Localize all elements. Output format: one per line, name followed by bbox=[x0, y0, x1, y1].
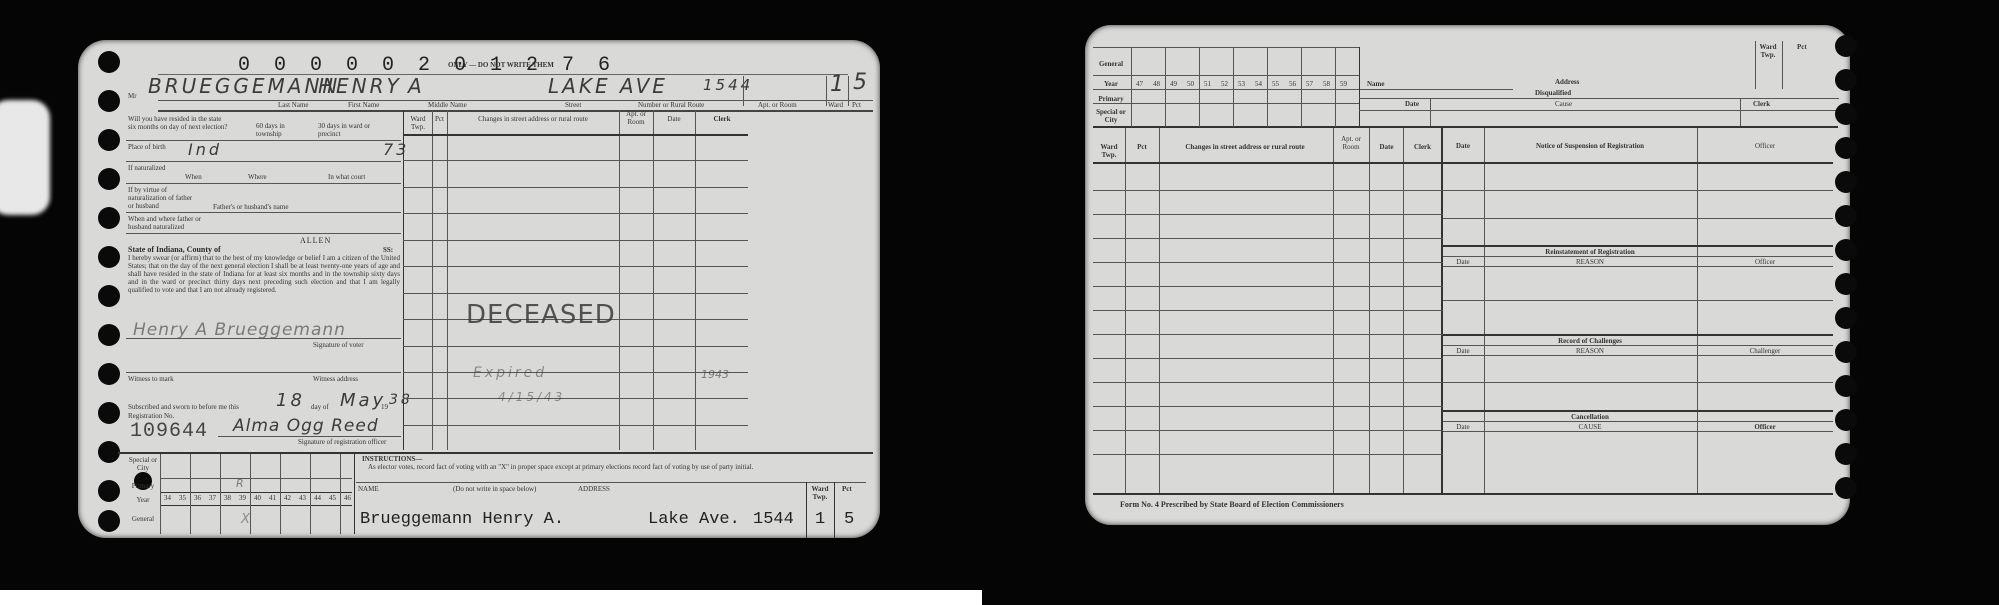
pct-label: Pct bbox=[1797, 43, 1807, 51]
reinstatement-officer-header: Officer bbox=[1700, 258, 1830, 266]
year-46: 46 bbox=[340, 494, 355, 502]
cause-label: Cause bbox=[1555, 100, 1572, 108]
cancellation-date-header: Date bbox=[1443, 423, 1483, 431]
typed-pct: 5 bbox=[844, 510, 854, 529]
header-note: ONLY — DO NOT WRITE THEM bbox=[448, 61, 554, 69]
place-of-birth-value: Ind bbox=[188, 140, 222, 159]
year-36: 36 bbox=[190, 494, 205, 502]
county-heading: State of Indiana, County of bbox=[128, 245, 221, 254]
label-number: Number or Rural Route bbox=[638, 101, 704, 109]
registration-number: 109644 bbox=[130, 420, 208, 443]
name-label: Name bbox=[1367, 80, 1385, 88]
middle-name-value: A bbox=[408, 74, 425, 98]
father-naturalized-label: When and where father or husband natural… bbox=[128, 215, 218, 231]
col-pct: Pct bbox=[1127, 143, 1157, 151]
year-53: 53 bbox=[1233, 80, 1250, 88]
salutation: Mr bbox=[128, 92, 137, 100]
subscribed-label: Subscribed and sworn to before me this bbox=[128, 403, 239, 411]
ward-value: 1 bbox=[830, 72, 847, 97]
year-34: 34 bbox=[160, 494, 175, 502]
cancellation-officer-header: Officer bbox=[1700, 423, 1830, 431]
col-date: Date bbox=[655, 115, 693, 123]
cancellation-title: Cancellation bbox=[1485, 413, 1695, 421]
year-49: 49 bbox=[1165, 80, 1182, 88]
handwritten-year: 1943 bbox=[701, 368, 729, 381]
instr-name-label: NAME bbox=[358, 485, 379, 493]
residence-state-question: Will you have resided in the state six m… bbox=[128, 115, 228, 131]
col-changes: Changes in street address or rural route bbox=[1160, 143, 1330, 151]
suspension-date-header: Date bbox=[1443, 142, 1483, 150]
age-value: 73 bbox=[383, 140, 409, 159]
day-of-label: day of bbox=[311, 403, 329, 411]
scan-artifact bbox=[0, 100, 50, 215]
registration-label: Registration No. bbox=[128, 412, 174, 420]
year-59: 59 bbox=[1335, 80, 1352, 88]
grid-label-special: Special or City bbox=[1093, 108, 1129, 124]
year-42: 42 bbox=[280, 494, 295, 502]
year-44: 44 bbox=[310, 494, 325, 502]
label-first-name: First Name bbox=[348, 101, 379, 109]
year-value: 38 bbox=[389, 392, 413, 408]
challenges-challenger-header: Challenger bbox=[1700, 347, 1830, 355]
date-label: Date bbox=[1405, 100, 1419, 108]
typed-ward: 1 bbox=[815, 510, 825, 529]
instructions-text: As elector votes, record fact of voting … bbox=[368, 463, 788, 471]
voter-registration-card-front: 0 0 0 0 0 2 0 1 2 7 6 ONLY — DO NOT WRIT… bbox=[78, 40, 880, 538]
signature-label: Signature of voter bbox=[313, 341, 364, 349]
form-footer: Form No. 4 Prescribed by State Board of … bbox=[1120, 501, 1344, 509]
label-last-name: Last Name bbox=[278, 101, 309, 109]
when-label: When bbox=[185, 173, 202, 181]
suspension-notice-header: Notice of Suspension of Registration bbox=[1485, 142, 1695, 150]
primary-mark: R bbox=[236, 477, 247, 490]
year-prefix: 19 bbox=[381, 403, 388, 411]
label-street: Street bbox=[565, 101, 581, 109]
year-45: 45 bbox=[325, 494, 340, 502]
year-54: 54 bbox=[1250, 80, 1267, 88]
year-37: 37 bbox=[205, 494, 220, 502]
witness-address-label: Witness address bbox=[313, 375, 358, 383]
year-57: 57 bbox=[1301, 80, 1318, 88]
street-value: LAKE AVE bbox=[548, 74, 668, 98]
col-ward-twp: Ward Twp. bbox=[405, 115, 431, 131]
instructions-heading: INSTRUCTIONS— bbox=[362, 455, 422, 463]
year-52: 52 bbox=[1216, 80, 1233, 88]
year-51: 51 bbox=[1199, 80, 1216, 88]
officer-label: Signature of registration officer bbox=[298, 438, 386, 446]
col-date: Date bbox=[1370, 143, 1403, 151]
col-apt: Apt. or Room bbox=[1335, 135, 1367, 151]
witness-label: Witness to mark bbox=[128, 375, 174, 383]
residence-township-question: 60 days in township bbox=[256, 122, 306, 138]
address-label: Address bbox=[1555, 78, 1579, 86]
house-number-value: 1544 bbox=[703, 76, 753, 94]
year-56: 56 bbox=[1284, 80, 1301, 88]
grid-label-general: General bbox=[128, 515, 158, 523]
label-pct: Pct bbox=[852, 101, 861, 109]
marriage-label: If by virtue of naturalization of father… bbox=[128, 186, 198, 210]
instr-pct-label: Pct bbox=[842, 485, 852, 493]
suspension-officer-header: Officer bbox=[1700, 142, 1830, 150]
ss-label: SS: bbox=[383, 246, 393, 254]
residence-ward-question: 30 days in ward or precinct bbox=[318, 122, 388, 138]
handwritten-note-2: 4/15/43 bbox=[498, 390, 565, 404]
year-38: 38 bbox=[220, 494, 235, 502]
general-mark: X bbox=[241, 512, 253, 527]
deceased-stamp: DECEASED bbox=[466, 300, 616, 330]
day-value: 18 bbox=[276, 390, 305, 411]
label-ward: Ward bbox=[828, 101, 843, 109]
challenges-date-header: Date bbox=[1443, 347, 1483, 355]
typed-street: Lake Ave. bbox=[648, 510, 740, 529]
year-48: 48 bbox=[1148, 80, 1165, 88]
grid-label-year: Year bbox=[128, 496, 158, 504]
voter-registration-card-back: General Year Primary Special or City 47 … bbox=[1085, 25, 1850, 525]
handwritten-note: Expired bbox=[473, 365, 547, 381]
label-apt: Apt. or Room bbox=[758, 101, 797, 109]
col-clerk: Clerk bbox=[698, 115, 746, 123]
challenges-title: Record of Challenges bbox=[1485, 337, 1695, 345]
col-pct: Pct bbox=[432, 115, 447, 123]
officer-signature: Alma Ogg Reed bbox=[233, 416, 379, 436]
instr-address-label: ADDRESS bbox=[578, 485, 610, 493]
clerk-label: Clerk bbox=[1753, 100, 1770, 108]
instr-ward-label: Ward Twp. bbox=[809, 485, 831, 501]
challenges-reason-header: REASON bbox=[1485, 347, 1695, 355]
grid-label-general: General bbox=[1093, 60, 1129, 68]
precinct-value: 5 bbox=[853, 70, 870, 95]
county-value: ALLEN bbox=[300, 236, 331, 245]
first-name-value: HENRY bbox=[318, 74, 402, 98]
year-35: 35 bbox=[175, 494, 190, 502]
father-name-label: Father's or husband's name bbox=[213, 203, 288, 211]
year-40: 40 bbox=[250, 494, 265, 502]
naturalized-label: If naturalized bbox=[128, 164, 168, 172]
reinstatement-reason-header: REASON bbox=[1485, 258, 1695, 266]
ward-twp-label: Ward Twp. bbox=[1757, 43, 1779, 59]
instr-do-not-write: (Do not write in space below) bbox=[453, 485, 536, 493]
grid-label-special: Special or City bbox=[128, 456, 158, 472]
label-middle-name: Middle Name bbox=[428, 101, 467, 109]
year-55: 55 bbox=[1267, 80, 1284, 88]
court-label: In what court bbox=[328, 173, 365, 181]
year-39: 39 bbox=[235, 494, 250, 502]
col-apt: Apt. or Room bbox=[621, 110, 651, 126]
oath-text: I hereby swear (or affirm) that to the b… bbox=[128, 254, 400, 294]
month-value: May bbox=[340, 390, 386, 411]
year-47: 47 bbox=[1131, 80, 1148, 88]
typed-name: Brueggemann Henry A. bbox=[360, 510, 564, 529]
typed-number: 1544 bbox=[753, 510, 794, 529]
last-name-value: BRUEGGEMANN bbox=[148, 74, 340, 98]
reinstatement-date-header: Date bbox=[1443, 258, 1483, 266]
grid-label-year: Year bbox=[1093, 80, 1129, 88]
reinstatement-title: Reinstatement of Registration bbox=[1485, 248, 1695, 256]
col-changes: Changes in street address or rural route bbox=[448, 115, 618, 123]
cancellation-cause-header: CAUSE bbox=[1485, 423, 1695, 431]
grid-label-primary: Primary bbox=[1093, 95, 1129, 103]
voter-signature: Henry A Brueggemann bbox=[133, 320, 346, 340]
grid-label-primary: Primary bbox=[128, 482, 158, 490]
disqualified-label: Disqualified bbox=[1535, 89, 1571, 97]
col-ward-twp: Ward Twp. bbox=[1093, 143, 1125, 159]
where-label: Where bbox=[248, 173, 267, 181]
year-41: 41 bbox=[265, 494, 280, 502]
place-of-birth-label: Place of birth bbox=[128, 143, 168, 151]
year-58: 58 bbox=[1318, 80, 1335, 88]
year-50: 50 bbox=[1182, 80, 1199, 88]
scan-edge-artifact bbox=[0, 590, 982, 605]
year-43: 43 bbox=[295, 494, 310, 502]
col-clerk: Clerk bbox=[1405, 143, 1440, 151]
